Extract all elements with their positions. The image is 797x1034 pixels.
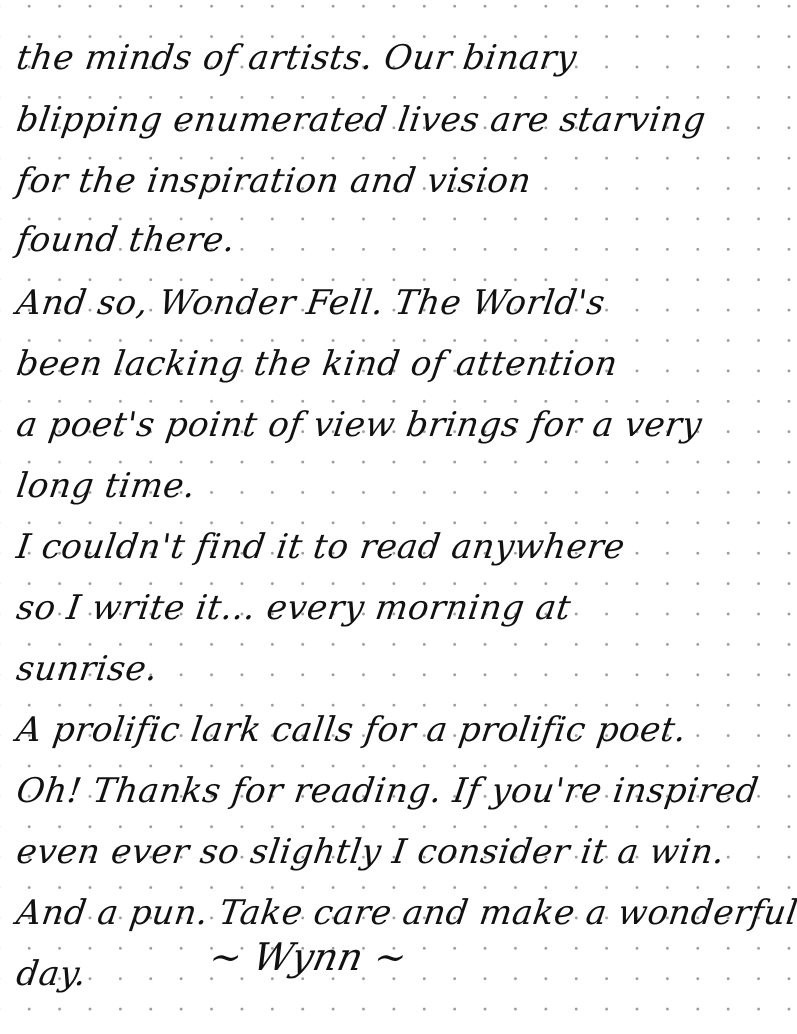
text-line: I couldn't find it to read anywhere [14, 527, 627, 567]
text-line: And a pun. Take care and make a wonderfu… [14, 893, 797, 933]
text-line: day. [14, 954, 89, 994]
text-line: And so, Wonder Fell. The World's [14, 283, 608, 323]
text-line: the minds of artists. Our binary [14, 38, 579, 78]
signature: ~ Wynn ~ [205, 935, 411, 979]
text-line: even ever so slightly I consider it a wi… [14, 832, 727, 872]
text-line: Oh! Thanks for reading. If you're inspir… [14, 771, 761, 811]
text-line: found there. [14, 220, 238, 260]
handwritten-page: the minds of artists. Our binary blippin… [0, 0, 797, 1034]
text-line: long time. [14, 466, 198, 506]
text-line: blipping enumerated lives are starving [14, 100, 708, 140]
text-line: been lacking the kind of attention [14, 344, 620, 384]
text-line: for the inspiration and vision [14, 161, 534, 201]
text-line: A prolific lark calls for a prolific poe… [14, 710, 689, 750]
text-line: so I write it... every morning at [14, 588, 574, 628]
text-line: a poet's point of view brings for a very [14, 405, 705, 445]
text-line: sunrise. [14, 649, 160, 689]
